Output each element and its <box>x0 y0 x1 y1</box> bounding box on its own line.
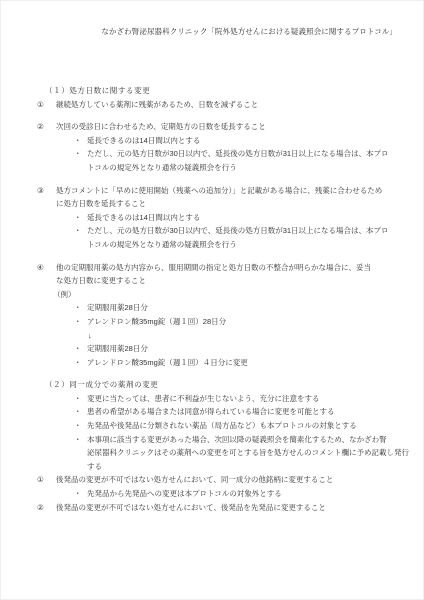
line-text: 延長できるのは14日間以内とする <box>87 136 200 145</box>
document-page: なかざわ腎泌尿器科クリニック「院外処方せんにおける疑義照会に関するプロトコル」 … <box>0 0 424 600</box>
doc-line: トコルの規定外となり通常の疑義照会を行う <box>0 238 424 252</box>
section-heading: （２）同一成分での薬剤の変更 <box>0 378 424 392</box>
line-text: 本事項に該当する変更があった場合、次回以降の疑義照会を簡素化するため、なかざわ腎 <box>87 435 387 444</box>
bullet-marker: ・ <box>74 405 82 419</box>
bullet-marker: ・ <box>74 356 82 370</box>
doc-line: ・ 定期服用薬28日分 <box>0 301 424 315</box>
bullet-marker: ・ <box>74 419 82 433</box>
doc-line: ・ ただし、元の処方日数が30日以内で、延長後の処方日数が31日以上になる場合は… <box>0 147 424 161</box>
bullet-marker: ・ <box>74 224 82 238</box>
doc-line: ① 継続処方している薬剤に残薬があるため、日数を減ずること <box>0 98 424 112</box>
doc-line: な処方日数に変更すること <box>0 274 424 288</box>
doc-line: ・ 変更に当たっては、患者に不利益が生じないよう、充分に注意をする <box>0 392 424 406</box>
doc-line: ① 後発品の変更が不可ではない処方せんにおいて、同一成分の他銘柄に変更すること <box>0 473 424 487</box>
circled-number-marker: ④ <box>37 261 44 275</box>
line-text: ただし、元の処方日数が30日以内で、延長後の処方日数が31日以上になる場合は、本… <box>87 149 389 158</box>
line-text: 定期服用薬28日分 <box>87 303 148 312</box>
doc-line: ・ 患者の希望がある場合または同意が得られている場合に変更を可能とする <box>0 405 424 419</box>
bullet-marker: ・ <box>74 342 82 356</box>
blank-line <box>0 175 424 184</box>
line-text: 先発品から先発品への変更は本プロトコルの対象外とする <box>87 489 282 498</box>
down-arrow-line: ↓ <box>0 329 424 343</box>
doc-line: ・ 先発品から先発品への変更は本プロトコルの対象外とする <box>0 487 424 501</box>
line-text: に処方日数を延長すること <box>56 199 146 208</box>
doc-line: ② 次回の受診日に合わせるため、定期処方の日数を延長すること <box>0 120 424 134</box>
doc-line: ・ アレンドロン酸35mg錠（週１回）28日分 <box>0 315 424 329</box>
doc-line: トコルの規定外となり通常の疑義照会を行う <box>0 161 424 175</box>
doc-line: 泌尿器科クリニックはその薬剤への変更を可とする旨を処方せんのコメント欄に予め記載… <box>0 446 424 460</box>
doc-line: ・ 本事項に該当する変更があった場合、次回以降の疑義照会を簡素化するため、なかざ… <box>0 433 424 447</box>
line-text: 後発品の変更が不可ではない処方せんにおいて、同一成分の他銘柄に変更すること <box>56 475 333 484</box>
line-text: トコルの規定外となり通常の疑義照会を行う <box>87 240 237 249</box>
line-text: ただし、元の処方日数が30日以内で、延長後の処方日数が31日以上になる場合は、本… <box>87 226 389 235</box>
doc-line: に処方日数を延長すること <box>0 197 424 211</box>
down-arrow-icon: ↓ <box>88 331 92 340</box>
bullet-marker: ・ <box>74 134 82 148</box>
circled-number-marker: ② <box>37 120 44 134</box>
doc-line: する <box>0 460 424 474</box>
blank-line <box>0 111 424 120</box>
doc-line: ④ 他の定期服用薬の処方内容から、服用期間の指定と処方日数の不整合が明らかな場合… <box>0 261 424 275</box>
bullet-marker: ・ <box>74 392 82 406</box>
doc-line: ・ アレンドロン酸35mg錠（週１回）４日分に変更 <box>0 356 424 370</box>
doc-line: ・ 延長できるのは14日間以内とする <box>0 211 424 225</box>
circled-number-marker: ① <box>37 473 44 487</box>
line-text: （１）処方日数に関する変更 <box>45 86 150 95</box>
doc-line: ・ 延長できるのは14日間以内とする <box>0 134 424 148</box>
line-text: する <box>87 462 102 471</box>
doc-line: ・ 定期服用薬28日分 <box>0 342 424 356</box>
line-text: 次回の受診日に合わせるため、定期処方の日数を延長すること <box>56 122 266 131</box>
line-text: 泌尿器科クリニックはその薬剤への変更を可とする旨を処方せんのコメント欄に予め記載… <box>87 448 409 457</box>
line-text: 後発品の変更が不可ではない処方せんにおいて、後発品を先発品に変更すること <box>56 503 326 512</box>
doc-line: ・ ただし、元の処方日数が30日以内で、延長後の処方日数が31日以上になる場合は… <box>0 224 424 238</box>
line-text: （例） <box>53 290 76 299</box>
line-text: 先発品や後発品に分類されない薬品（局方品など）も本プロトコルの対象とする <box>87 421 357 430</box>
line-text: 他の定期服用薬の処方内容から、服用期間の指定と処方日数の不整合が明らかな場合に、… <box>56 263 371 272</box>
document-title: なかざわ腎泌尿器科クリニック「院外処方せんにおける疑義照会に関するプロトコル」 <box>40 27 397 37</box>
line-text: 患者の希望がある場合または同意が得られている場合に変更を可能とする <box>87 407 335 416</box>
bullet-marker: ・ <box>74 211 82 225</box>
circled-number-marker: ② <box>37 501 44 515</box>
line-text: 処方コメントに「早めに使用開始（残薬への追加分）」と記載がある場合に、残薬に合わ… <box>56 186 382 195</box>
doc-line: ③ 処方コメントに「早めに使用開始（残薬への追加分）」と記載がある場合に、残薬に… <box>0 184 424 198</box>
document-lines: （１）処方日数に関する変更 ① 継続処方している薬剤に残薬があるため、日数を減ず… <box>0 84 424 514</box>
line-text: アレンドロン酸35mg錠（週１回）28日分 <box>87 317 226 326</box>
line-text: 定期服用薬28日分 <box>87 344 148 353</box>
doc-line: ② 後発品の変更が不可ではない処方せんにおいて、後発品を先発品に変更すること <box>0 501 424 515</box>
line-text: トコルの規定外となり通常の疑義照会を行う <box>87 163 237 172</box>
doc-line: ・ 先発品や後発品に分類されない薬品（局方品など）も本プロトコルの対象とする <box>0 419 424 433</box>
doc-line: （例） <box>0 288 424 302</box>
section-heading: （１）処方日数に関する変更 <box>0 84 424 98</box>
line-text: アレンドロン酸35mg錠（週１回）４日分に変更 <box>87 358 248 367</box>
blank-line <box>0 369 424 378</box>
circled-number-marker: ① <box>37 98 44 112</box>
bullet-marker: ・ <box>74 147 82 161</box>
line-text: 変更に当たっては、患者に不利益が生じないよう、充分に注意をする <box>87 394 320 403</box>
bullet-marker: ・ <box>74 301 82 315</box>
line-text: （２）同一成分での薬剤の変更 <box>45 380 158 389</box>
circled-number-marker: ③ <box>37 184 44 198</box>
bullet-marker: ・ <box>74 315 82 329</box>
blank-line <box>0 252 424 261</box>
line-text: な処方日数に変更すること <box>56 276 146 285</box>
line-text: 延長できるのは14日間以内とする <box>87 213 200 222</box>
bullet-marker: ・ <box>74 433 82 447</box>
line-text: 継続処方している薬剤に残薬があるため、日数を減ずること <box>56 100 258 109</box>
bullet-marker: ・ <box>74 487 82 501</box>
